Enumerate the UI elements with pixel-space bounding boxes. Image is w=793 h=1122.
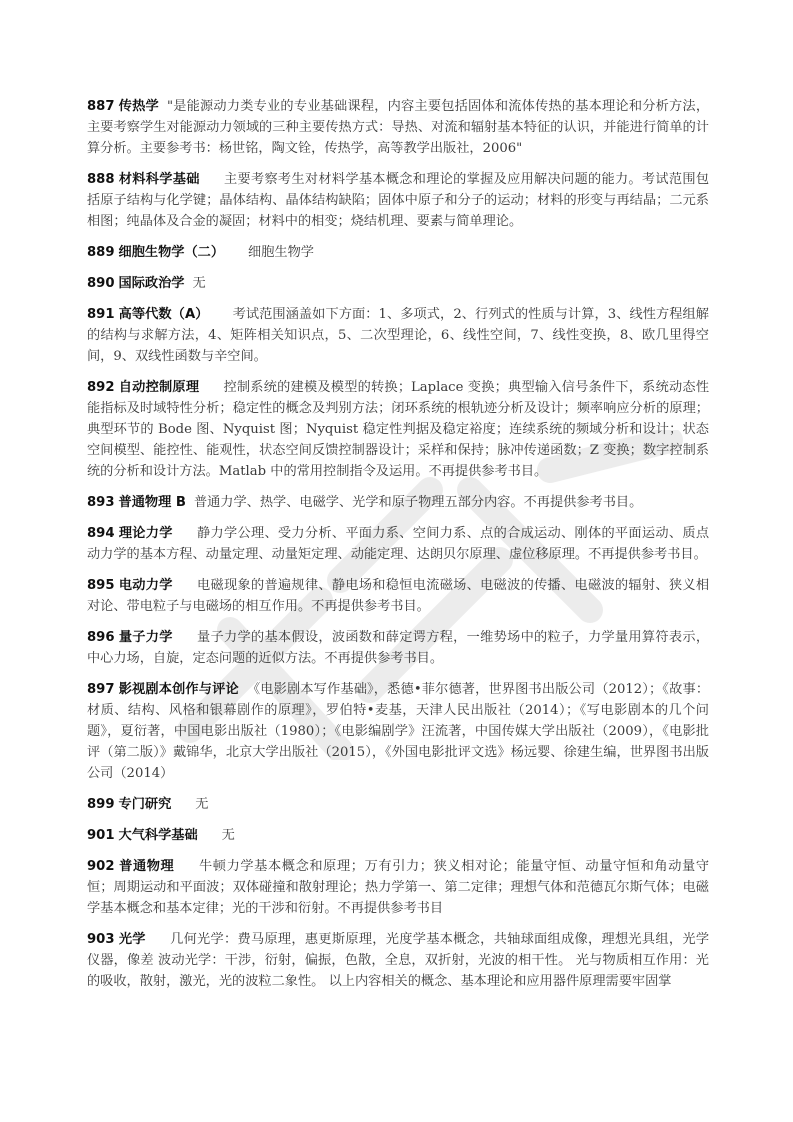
subject-description: 无	[222, 828, 235, 843]
subject-description: 普通力学、热学、电磁学、光学和原子物理五部分内容。不再提供参考书目。	[194, 495, 642, 510]
subject-title: 材料科学基础	[119, 172, 200, 187]
subject-entry-887: 887传热学"是能源动力类专业的专业基础课程，内容主要包括固体和流体传热的基本理…	[87, 96, 709, 159]
subject-entry-903: 903光学几何光学：费马原理，惠更斯原理，光度学基本概念，共轴球面组成像，理想光…	[87, 929, 709, 992]
subject-entry-897: 897影视剧本创作与评论《电影剧本写作基础》，悉德•菲尔德著，世界图书出版公司（…	[87, 679, 709, 784]
subject-title: 普通物理 B	[119, 495, 186, 510]
subject-code: 888	[87, 172, 115, 187]
subject-description: 无	[192, 276, 205, 291]
subject-code: 897	[87, 682, 115, 697]
subject-title: 光学	[119, 932, 146, 947]
subject-description: 量子力学的基本假设，波函数和薛定谔方程，一维势场中的粒子，力学量用算符表示，中心…	[87, 630, 709, 666]
subject-title: 电动力学	[119, 578, 173, 593]
subject-description: 电磁现象的普遍规律、静电场和稳恒电流磁场、电磁波的传播、电磁波的辐射、狭义相对论…	[87, 578, 709, 614]
subject-entry-894: 894理论力学静力学公理、受力分析、平面力系、空间力系、点的合成运动、刚体的平面…	[87, 523, 709, 565]
subject-entry-893: 893普通物理 B普通力学、热学、电磁学、光学和原子物理五部分内容。不再提供参考…	[87, 492, 709, 513]
subject-title: 细胞生物学（二）	[119, 245, 225, 260]
subject-description: 细胞生物学	[248, 245, 314, 260]
subject-code: 891	[87, 307, 115, 322]
subject-code: 893	[87, 495, 115, 510]
subject-entry-890: 890国际政治学无	[87, 273, 709, 294]
subject-entry-901: 901大气科学基础无	[87, 825, 709, 846]
subject-entry-888: 888材料科学基础主要考察考生对材料学基本概念和理论的掌握及应用解决问题的能力。…	[87, 169, 709, 232]
subject-title: 专门研究	[119, 797, 172, 812]
subject-description: "是能源动力类专业的专业基础课程，内容主要包括固体和流体传热的基本理论和分析方法…	[87, 99, 709, 156]
subject-entry-899: 899专门研究无	[87, 794, 709, 815]
subject-code: 889	[87, 245, 115, 260]
subject-code: 887	[87, 99, 115, 114]
subject-title: 高等代数（A）	[119, 307, 209, 322]
subject-code: 896	[87, 630, 115, 645]
subject-code: 895	[87, 578, 115, 593]
subject-title: 影视剧本创作与评论	[119, 682, 239, 697]
subject-description: 几何光学：费马原理，惠更斯原理，光度学基本概念，共轴球面组成像，理想光具组，光学…	[87, 932, 709, 989]
subject-entry-892: 892自动控制原理控制系统的建模及模型的转换；Laplace 变换；典型输入信号…	[87, 377, 709, 482]
subject-code: 899	[87, 797, 115, 812]
subject-code: 903	[87, 932, 115, 947]
subject-title: 理论力学	[119, 526, 173, 541]
subject-code: 892	[87, 380, 115, 395]
subject-title: 大气科学基础	[119, 828, 198, 843]
subject-code: 902	[87, 859, 115, 874]
subject-entry-902: 902普通物理牛顿力学基本概念和原理；万有引力；狭义相对论；能量守恒、动量守恒和…	[87, 856, 709, 919]
document-page: 887传热学"是能源动力类专业的专业基础课程，内容主要包括固体和流体传热的基本理…	[87, 96, 709, 1002]
subject-entry-895: 895电动力学电磁现象的普遍规律、静电场和稳恒电流磁场、电磁波的传播、电磁波的辐…	[87, 575, 709, 617]
subject-description: 静力学公理、受力分析、平面力系、空间力系、点的合成运动、刚体的平面运动、质点动力…	[87, 526, 709, 562]
subject-title: 传热学	[119, 99, 159, 114]
subject-description: 无	[195, 797, 208, 812]
subject-entry-891: 891高等代数（A）考试范围涵盖如下方面：1、多项式，2、行列式的性质与计算，3…	[87, 304, 709, 367]
subject-entry-896: 896量子力学量子力学的基本假设，波函数和薛定谔方程，一维势场中的粒子，力学量用…	[87, 627, 709, 669]
subject-entry-889: 889细胞生物学（二）细胞生物学	[87, 242, 709, 263]
subject-title: 自动控制原理	[119, 380, 200, 395]
subject-title: 国际政治学	[119, 276, 185, 291]
subject-code: 890	[87, 276, 115, 291]
subject-code: 894	[87, 526, 115, 541]
subject-title: 量子力学	[119, 630, 173, 645]
subject-description: 牛顿力学基本概念和原理；万有引力；狭义相对论；能量守恒、动量守恒和角动量守恒；周…	[87, 859, 709, 916]
subject-code: 901	[87, 828, 115, 843]
subject-title: 普通物理	[119, 859, 175, 874]
